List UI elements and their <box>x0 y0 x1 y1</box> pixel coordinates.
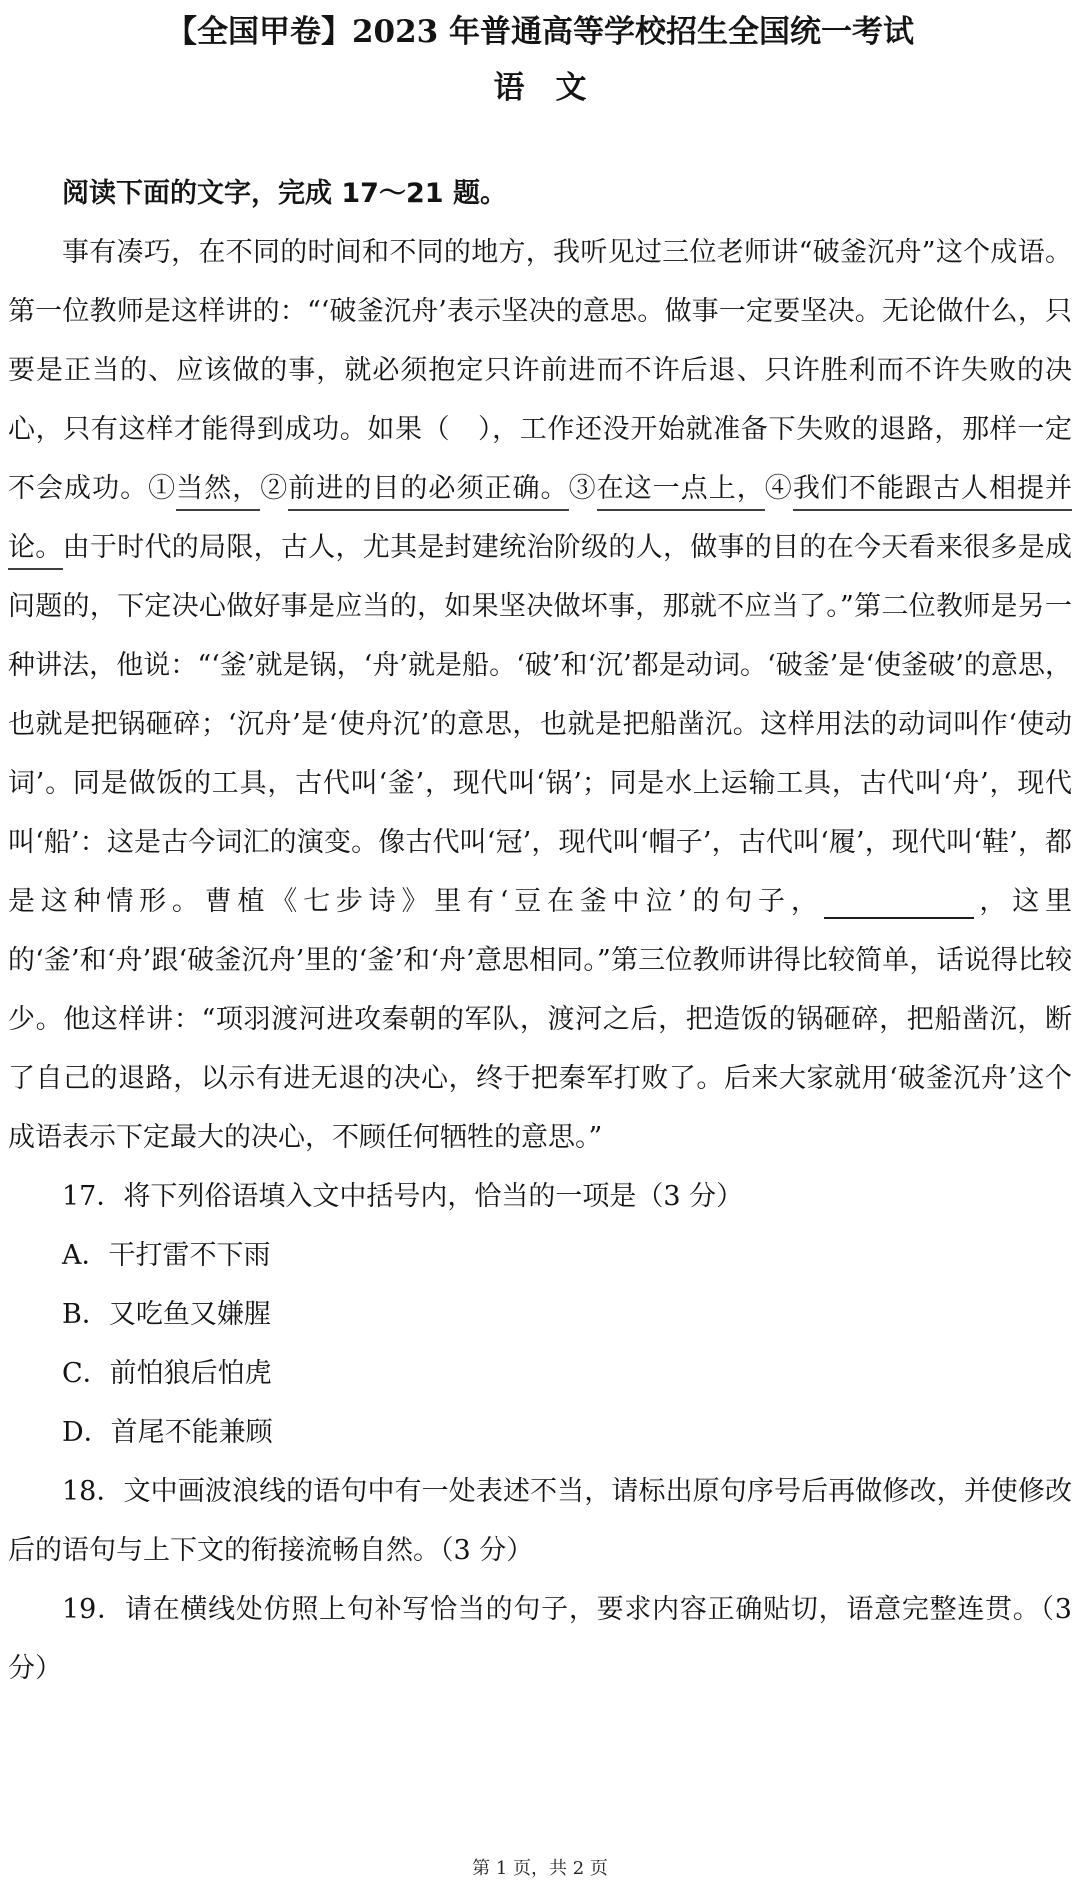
subject-title: 语 文 <box>0 66 1080 110</box>
question-17-option-a: A．干打雷不下雨 <box>8 1226 1072 1285</box>
question-17-option-d: D．首尾不能兼顾 <box>8 1403 1072 1462</box>
page-title: 【全国甲卷】2023 年普通高等学校招生全国统一考试 <box>0 10 1080 54</box>
circled-number-3: ③ <box>569 473 597 504</box>
reading-instruction: 阅读下面的文字，完成 17～21 题。 <box>8 164 1072 223</box>
question-18: 18．文中画波浪线的语句中有一处表述不当，请标出原句序号后再做修改，并使修改后的… <box>8 1462 1072 1580</box>
question-19: 19．请在横线处仿照上句补写恰当的句子，要求内容正确贴切，语意完整连贯。（3 分… <box>8 1580 1072 1698</box>
underlined-segment-1: 当然， <box>176 473 260 511</box>
question-17: 17．将下列俗语填入文中括号内，恰当的一项是（3 分） <box>8 1167 1072 1226</box>
passage-segment-1: 事有凑巧，在不同的时间和不同的地方，我听见过三位老师讲“破釜沉舟”这个成语。第一… <box>8 237 1072 504</box>
circled-number-1: ① <box>148 473 176 504</box>
document-body: 阅读下面的文字，完成 17～21 题。 事有凑巧，在不同的时间和不同的地方，我听… <box>8 164 1072 1698</box>
circled-number-4: ④ <box>765 473 793 504</box>
fill-in-blank-line <box>824 889 974 919</box>
passage-text: 事有凑巧，在不同的时间和不同的地方，我听见过三位老师讲“破釜沉舟”这个成语。第一… <box>8 223 1072 1167</box>
passage-segment-3: ，这里的‘釜’和‘舟’跟‘破釜沉舟’里的‘釜’和‘舟’意思相同。”第三位教师讲得… <box>8 886 1072 1153</box>
circled-number-2: ② <box>260 473 288 504</box>
passage-segment-2: 由于时代的局限，古人，尤其是封建统治阶级的人，做事的目的在今天看来很多是成问题的… <box>8 532 1072 917</box>
question-17-option-b: B．又吃鱼又嫌腥 <box>8 1285 1072 1344</box>
page-number-footer: 第 1 页，共 2 页 <box>0 1854 1080 1884</box>
underlined-segment-2: 前进的目的必须正确。 <box>288 473 568 511</box>
exam-document-page: 【全国甲卷】2023 年普通高等学校招生全国统一考试 语 文 阅读下面的文字，完… <box>0 0 1080 1894</box>
underlined-segment-3: 在这一点上， <box>597 473 765 511</box>
question-17-option-c: C．前怕狼后怕虎 <box>8 1344 1072 1403</box>
